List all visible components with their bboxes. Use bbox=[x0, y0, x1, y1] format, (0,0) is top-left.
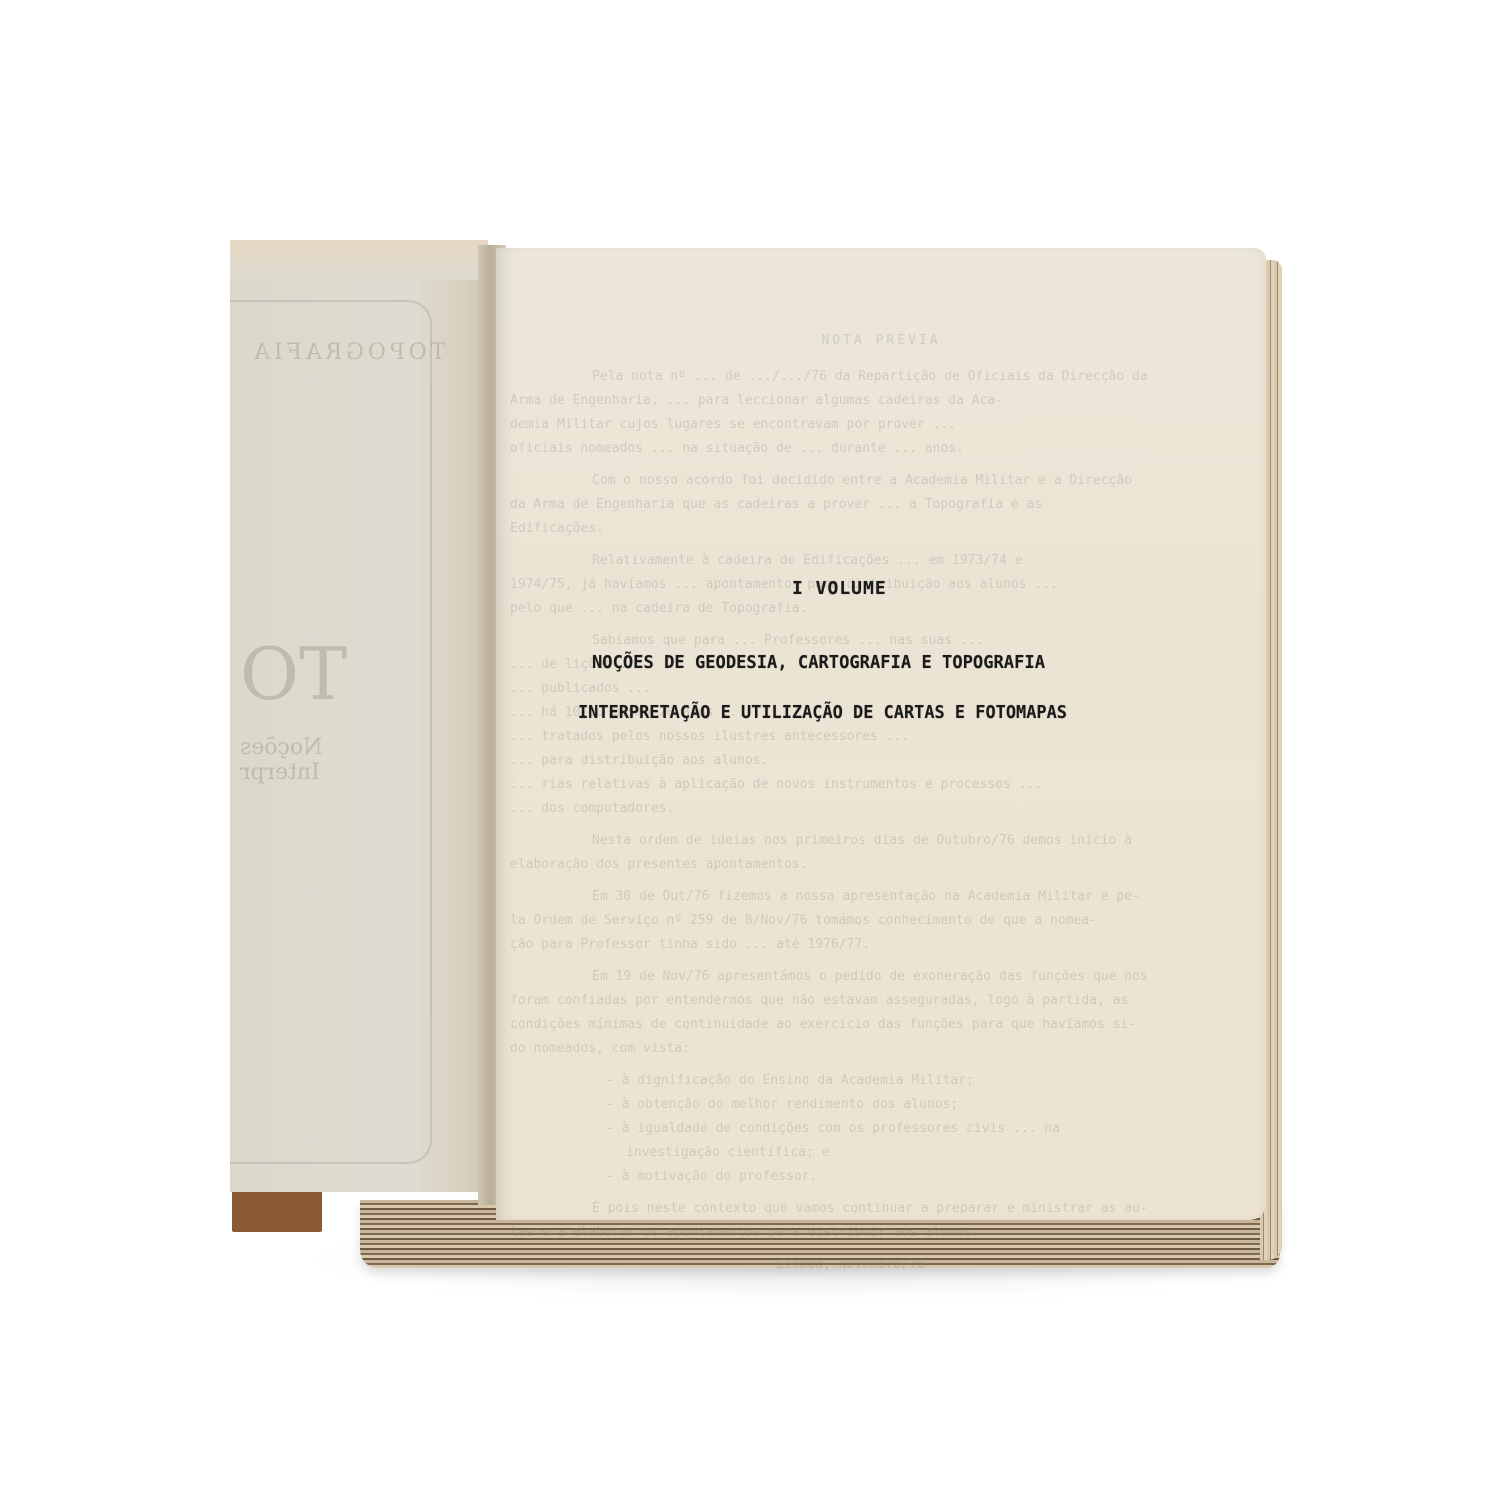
show-through-line: Pela nota nº ... de .../.../76 da Repart… bbox=[592, 364, 1236, 390]
show-through-line: la Ordem de Serviço nº 259 de 8/Nov/76 t… bbox=[510, 908, 1236, 934]
show-through-line: pelo que ... na cadeira de Topografia. bbox=[510, 596, 1236, 622]
show-through-line: demia Militar cujos lugares se encontrav… bbox=[510, 412, 1236, 438]
photo-scene: TOPOGRAFIA TO Noções Interpr NOTA PRÉVIA… bbox=[0, 0, 1512, 1512]
title-line-1: NOÇÕES DE GEODESIA, CARTOGRAFIA E TOPOGR… bbox=[592, 652, 1045, 673]
show-through-line: elaboração dos presentes apontamentos. bbox=[510, 852, 1236, 878]
show-through-line: oficiais nomeados ... na situação de ...… bbox=[510, 436, 1236, 462]
show-through-line: - à motivação do professor. bbox=[606, 1164, 1236, 1190]
show-through-heading: NOTA PRÉVIA bbox=[496, 328, 1266, 354]
show-through-line: investigação científica; e bbox=[626, 1140, 1236, 1166]
cover-ghost-subtitle-1: Noções bbox=[240, 735, 322, 760]
back-cover-corner bbox=[232, 1190, 322, 1232]
volume-label: I VOLUME bbox=[792, 578, 887, 599]
show-through-line: É pois neste contexto que vamos continua… bbox=[592, 1196, 1236, 1222]
show-through-line: ção para Professor tinha sido ... até 19… bbox=[510, 932, 1236, 958]
show-through-line: Arma de Engenharia, ... para leccionar a… bbox=[510, 388, 1236, 414]
show-through-line: ... dos computadores. bbox=[510, 796, 1236, 822]
left-page-cover: TOPOGRAFIA TO Noções Interpr bbox=[230, 240, 488, 1192]
right-page: NOTA PRÉVIA Pela nota nº ... de .../.../… bbox=[496, 248, 1266, 1220]
show-through-line: - à dignificação do Ensino da Academia M… bbox=[606, 1068, 1236, 1094]
show-through-line: ... para distribuição aos alunos. bbox=[510, 748, 1236, 774]
show-through-line: las e a elaborar os apontamentos para di… bbox=[510, 1220, 1236, 1246]
show-through-line: Edificações. bbox=[510, 516, 1236, 542]
show-through-line: Em 30 de Out/76 fizemos a nossa apresent… bbox=[592, 884, 1236, 910]
show-through-line: Em 19 de Nov/76 apresentámos o pedido de… bbox=[592, 964, 1236, 990]
show-through-line: - à obtenção do melhor rendimento dos al… bbox=[606, 1092, 1236, 1118]
show-through-line: ... rias relativas à aplicação de novos … bbox=[510, 772, 1236, 798]
cover-ghost-subtitle-2: Interpr bbox=[240, 760, 320, 785]
show-through-line: foram confiadas por entendermos que não … bbox=[510, 988, 1236, 1014]
show-through-line: do nomeados, com vista: bbox=[510, 1036, 1236, 1062]
show-through-line: Com o nosso acordo foi decidido entre a … bbox=[592, 468, 1236, 494]
show-through-line: Relativamente à cadeira de Edificações .… bbox=[592, 548, 1236, 574]
cover-ghost-title: TO bbox=[240, 632, 347, 716]
show-through-line: condições mínimas de continuidade ao exe… bbox=[510, 1012, 1236, 1038]
show-through-line: Nesta ordem de ideias nos primeiros dias… bbox=[592, 828, 1236, 854]
show-through-line: ... publicados ... bbox=[510, 676, 1236, 702]
show-through-text: NOTA PRÉVIA Pela nota nº ... de .../.../… bbox=[496, 248, 1266, 1220]
show-through-line: Sabíamos que para ... Professores ... na… bbox=[592, 628, 1236, 654]
show-through-line: da Arma de Engenharia que as cadeiras a … bbox=[510, 492, 1236, 518]
show-through-line: ... tratados pelos nossos ilustres antec… bbox=[510, 724, 1236, 750]
tissue-edge bbox=[230, 240, 488, 280]
show-through-line: Lisboa, Novembro/76 bbox=[776, 1252, 1236, 1278]
title-line-2: INTERPRETAÇÃO E UTILIZAÇÃO DE CARTAS E F… bbox=[578, 702, 1067, 723]
cover-ghost-heading: TOPOGRAFIA bbox=[250, 340, 445, 365]
cover-ornamental-frame bbox=[230, 300, 432, 1164]
show-through-line: - à igualdade de condições com os profes… bbox=[606, 1116, 1236, 1142]
